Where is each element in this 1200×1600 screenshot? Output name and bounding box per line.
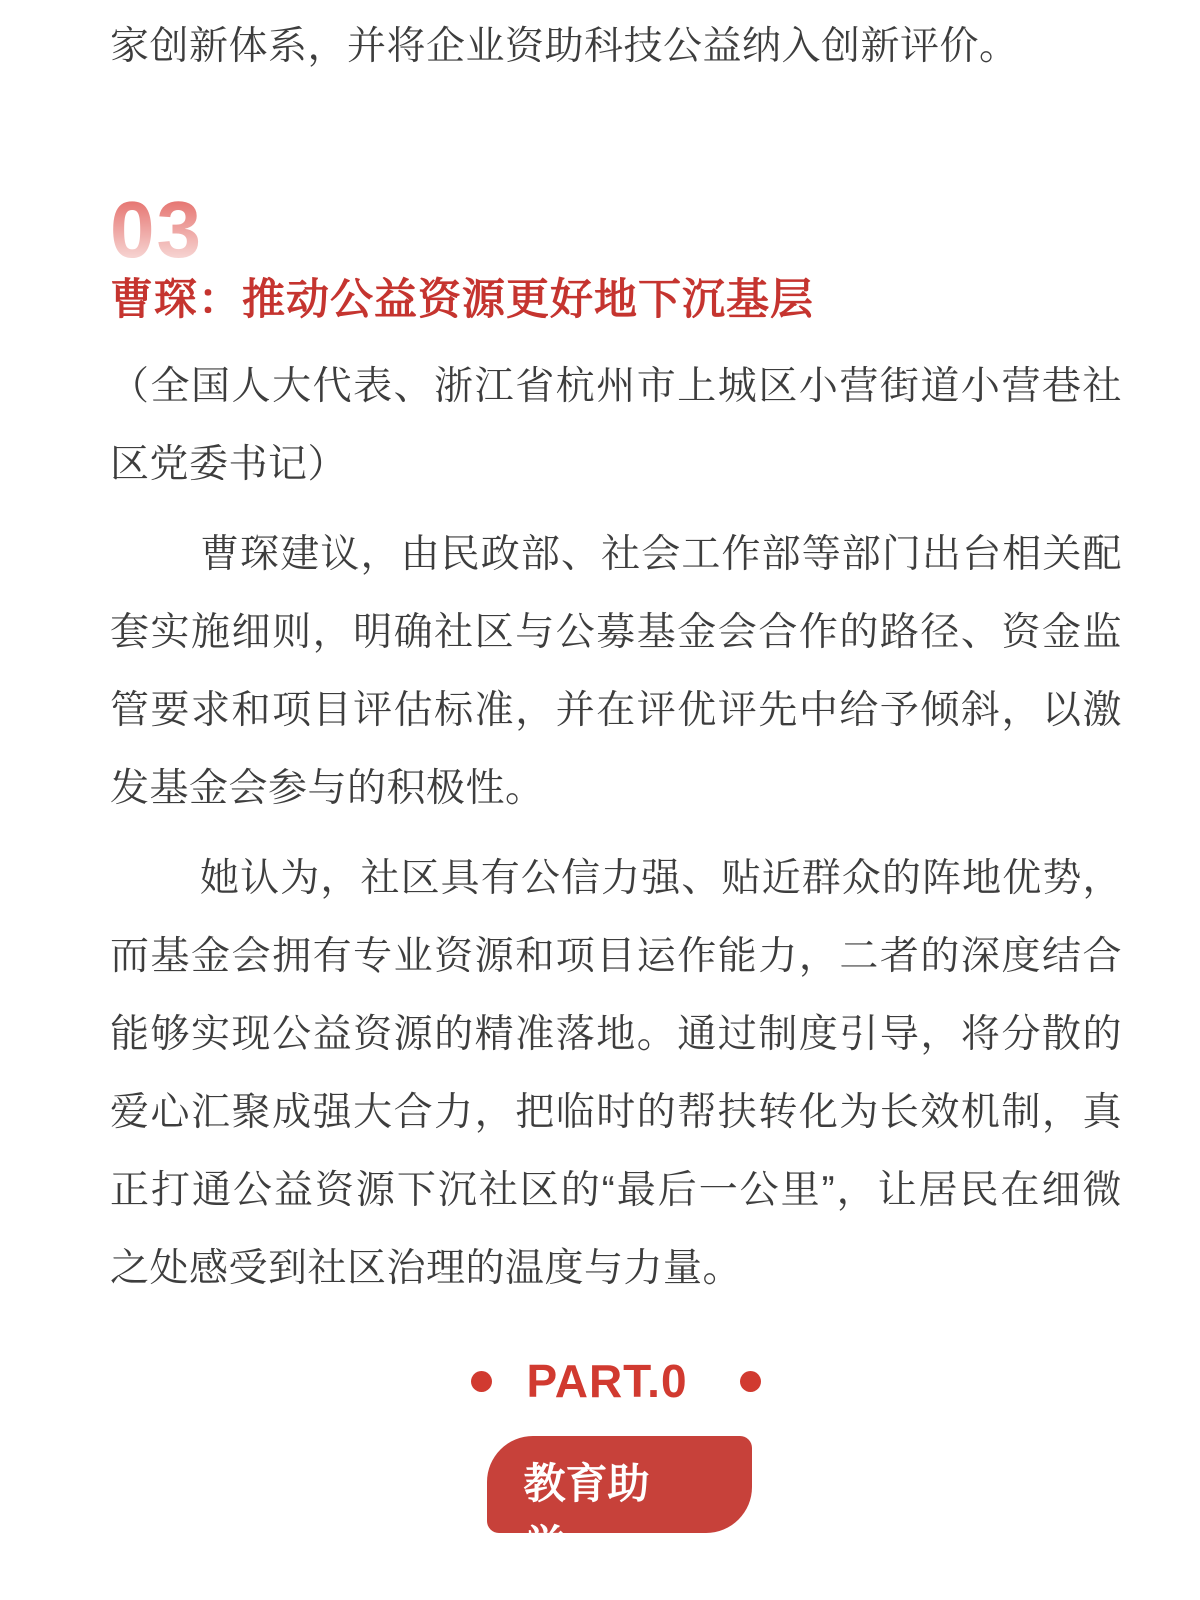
intro-paragraph: 家创新体系，并将企业资助科技公益纳入创新评价。 xyxy=(110,8,1122,86)
section-title: 曹琛：推动公益资源更好地下沉基层 xyxy=(110,276,1122,324)
part-dot-right-icon xyxy=(740,1371,761,1392)
section-badge: 教育助学 xyxy=(487,1436,752,1533)
body-paragraph: 她认为，社区具有公信力强、贴近群众的阵地优势，而基金会拥有专业资源和项目运作能力… xyxy=(110,840,1122,1308)
body-paragraph: 曹琛建议，由民政部、社会工作部等部门出台相关配套实施细则，明确社区与公募基金会合… xyxy=(110,516,1122,828)
part-dot-left-icon xyxy=(471,1371,492,1392)
section-number: 03 xyxy=(110,198,203,262)
article-page: 家创新体系，并将企业资助科技公益纳入创新评价。 03 曹琛：推动公益资源更好地下… xyxy=(0,0,1200,1600)
badge-text: 教育助学 xyxy=(524,1453,664,1533)
speaker-title-paragraph: （全国人大代表、浙江省杭州市上城区小营街道小营巷社区党委书记） xyxy=(110,348,1122,504)
part-label: PART.0 xyxy=(526,1356,687,1406)
part-divider: PART.0 xyxy=(110,1356,1122,1406)
